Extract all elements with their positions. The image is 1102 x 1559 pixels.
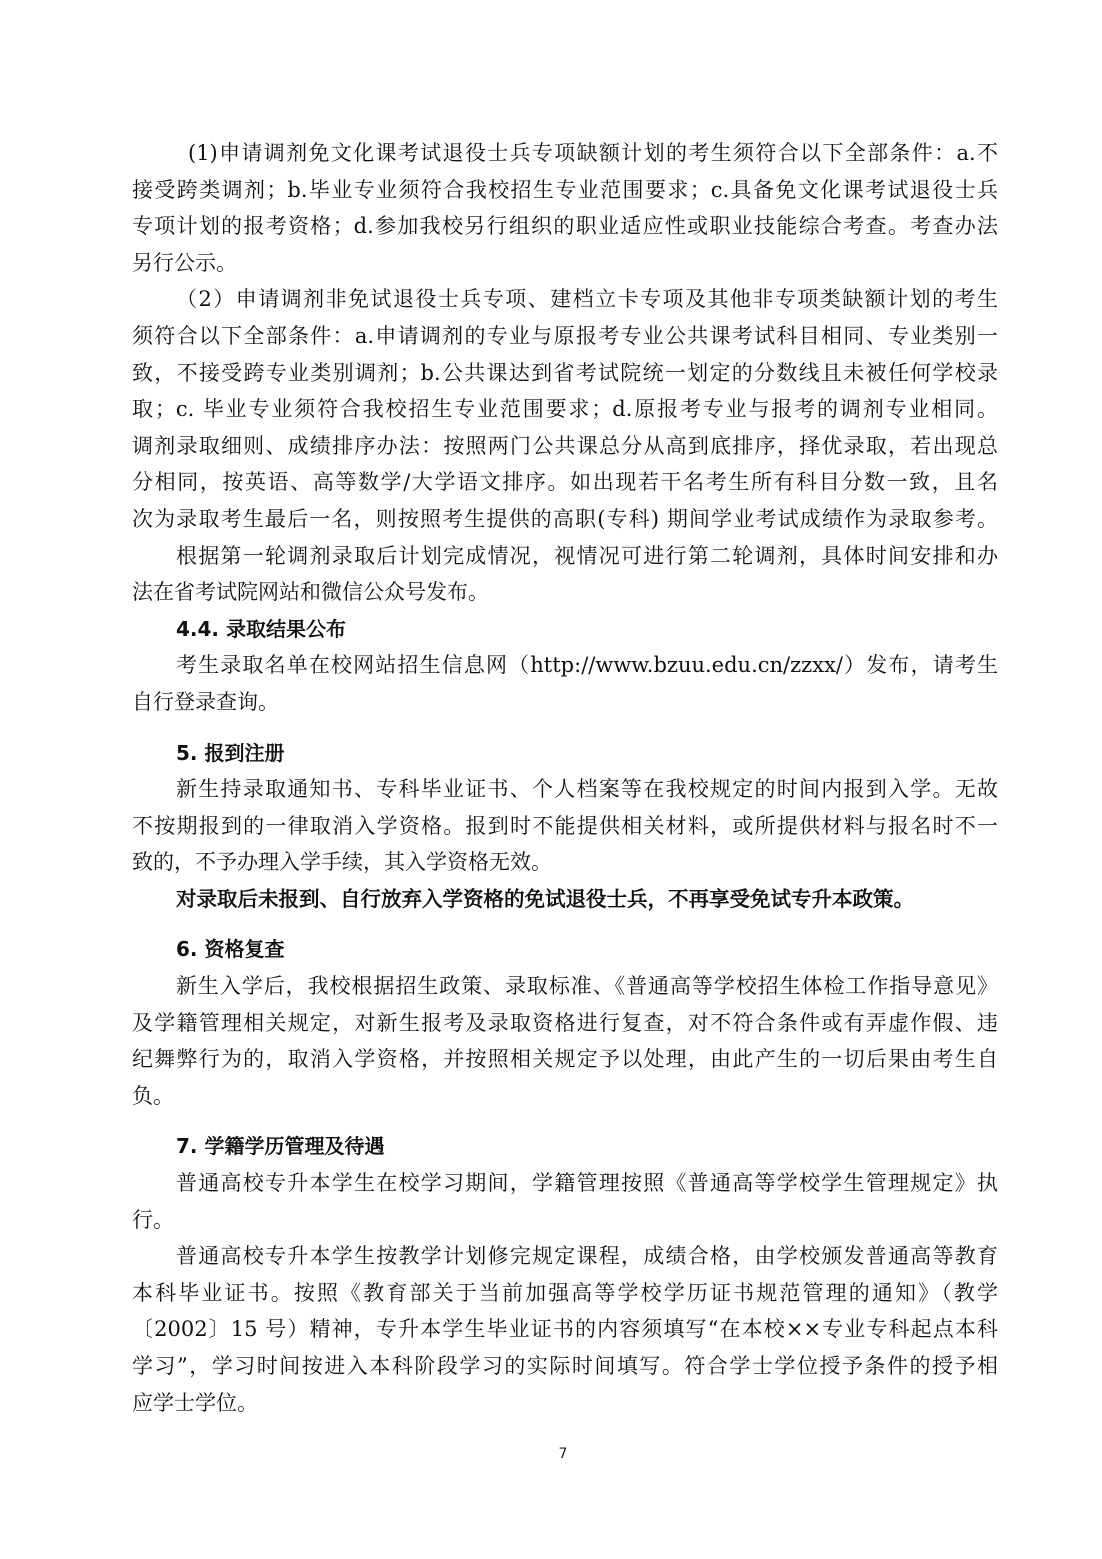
paragraph-line: 考生录取名单在校网站招生信息网（http://www.bzuu.edu.cn/z…	[132, 647, 998, 684]
paragraph-line: 及学籍管理相关规定，对新生报考及录取资格进行复查，对不符合条件或有弄虚作假、违	[132, 1005, 998, 1042]
paragraph-line: 普通高校专升本学生在校学习期间，学籍管理按照《普通高等学校学生管理规定》执	[132, 1165, 998, 1202]
section-heading-4-4: 4.4. 录取结果公布	[132, 611, 998, 648]
paragraph-line: 学习”，学习时间按进入本科阶段学习的实际时间填写。符合学士学位授予条件的授予相	[132, 1348, 998, 1385]
section-heading-5: 5. 报到注册	[132, 735, 998, 772]
section-heading-7: 7. 学籍学历管理及待遇	[132, 1128, 998, 1165]
paragraph-line: 普通高校专升本学生按教学计划修完规定课程，成绩合格，由学校颁发普通高等教育	[132, 1238, 998, 1275]
page-number: 7	[0, 1446, 1102, 1462]
paragraph-line: 不按期报到的一律取消入学资格。报到时不能提供相关材料，或所提供材料与报名时不一	[132, 808, 998, 845]
paragraph-line: 专项计划的报考资格；d.参加我校另行组织的职业适应性或职业技能综合考查。考查办法	[132, 208, 998, 245]
document-page: (1)申请调剂免文化课考试退役士兵专项缺额计划的考生须符合以下全部条件：a.不 …	[132, 135, 998, 1421]
spacer	[132, 1114, 998, 1128]
paragraph-line: 分相同，按英语、高等数学/大学语文排序。如出现若干名考生所有科目分数一致，且名	[132, 464, 998, 501]
paragraph-line: 自行登录查询。	[132, 684, 998, 721]
paragraph-line: 新生入学后，我校根据招生政策、录取标准、《普通高等学校招生体检工作指导意见》	[132, 968, 998, 1005]
paragraph-line: 负。	[132, 1078, 998, 1115]
paragraph-line: （2）申请调剂非免试退役士兵专项、建档立卡专项及其他非专项类缺额计划的考生	[132, 281, 998, 318]
paragraph-line: 法在省考试院网站和微信公众号发布。	[132, 574, 998, 611]
paragraph-line: 〔2002〕15 号）精神，专升本学生毕业证书的内容须填写“在本校××专业专科起…	[132, 1311, 998, 1348]
section-heading-6: 6. 资格复查	[132, 931, 998, 968]
spacer	[132, 721, 998, 735]
spacer	[132, 917, 998, 931]
paragraph-line: 本科毕业证书。按照《教育部关于当前加强高等学校学历证书规范管理的通知》（教学	[132, 1275, 998, 1312]
paragraph-line: 另行公示。	[132, 245, 998, 282]
paragraph-line: 纪舞弊行为的，取消入学资格，并按照相关规定予以处理，由此产生的一切后果由考生自	[132, 1041, 998, 1078]
paragraph-line: 接受跨类调剂；b.毕业专业须符合我校招生专业范围要求；c.具备免文化课考试退役士…	[132, 172, 998, 209]
paragraph-line: 致的，不予办理入学手续，其入学资格无效。	[132, 844, 998, 881]
paragraph-line: 须符合以下全部条件：a.申请调剂的专业与原报考专业公共课考试科目相同、专业类别一	[132, 318, 998, 355]
paragraph-line: (1)申请调剂免文化课考试退役士兵专项缺额计划的考生须符合以下全部条件：a.不	[132, 135, 998, 172]
paragraph-line: 行。	[132, 1202, 998, 1239]
paragraph-line: 取；c. 毕业专业须符合我校招生专业范围要求；d.原报考专业与报考的调剂专业相同…	[132, 391, 998, 428]
bold-notice: 对录取后未报到、自行放弃入学资格的免试退役士兵，不再享受免试专升本政策。	[132, 881, 998, 918]
paragraph-line: 新生持录取通知书、专科毕业证书、个人档案等在我校规定的时间内报到入学。无故	[132, 771, 998, 808]
paragraph-line: 调剂录取细则、成绩排序办法：按照两门公共课总分从高到底排序，择优录取，若出现总	[132, 428, 998, 465]
paragraph-line: 致，不接受跨专业类别调剂；b.公共课达到省考试院统一划定的分数线且未被任何学校录	[132, 355, 998, 392]
paragraph-line: 应学士学位。	[132, 1385, 998, 1422]
paragraph-line: 次为录取考生最后一名，则按照考生提供的高职(专科) 期间学业考试成绩作为录取参考…	[132, 501, 998, 538]
paragraph-line: 根据第一轮调剂录取后计划完成情况，视情况可进行第二轮调剂，具体时间安排和办	[132, 538, 998, 575]
